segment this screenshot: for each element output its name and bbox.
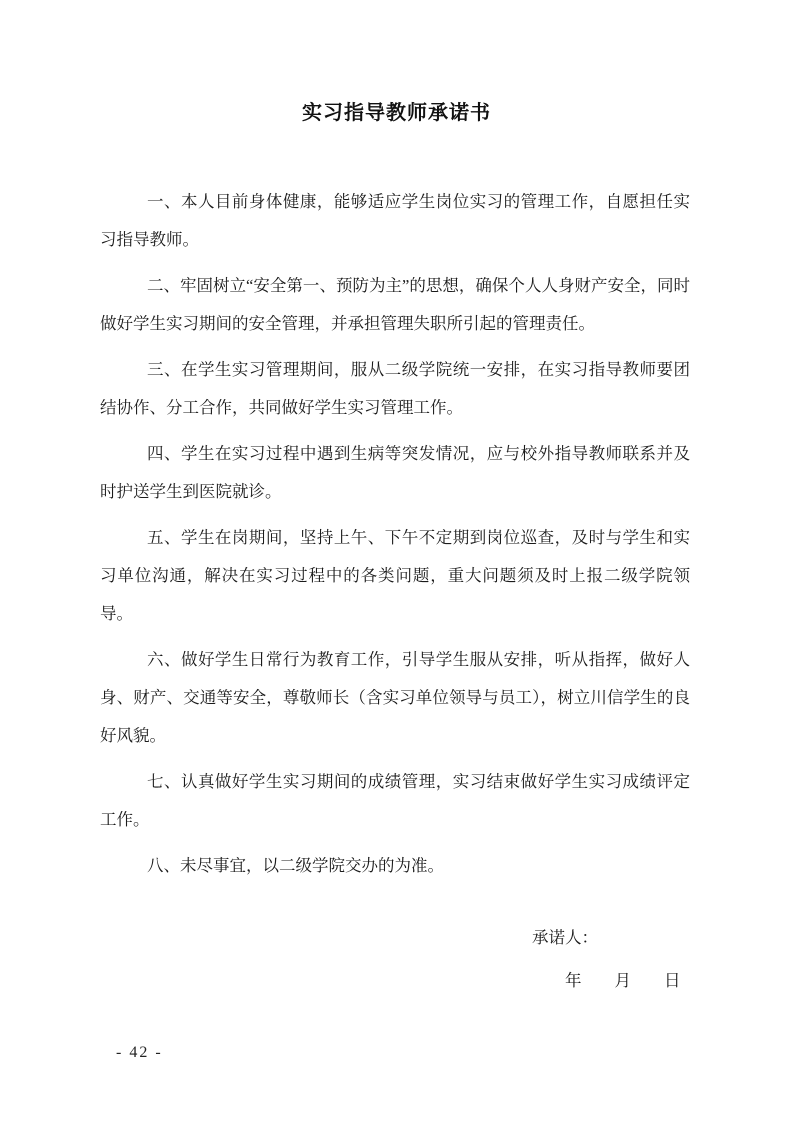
document-body: 一、本人目前身体健康，能够适应学生岗位实习的管理工作，自愿担任实习指导教师。 二… [100,183,690,1000]
paragraph-4: 四、学生在实习过程中遇到生病等突发情况，应与校外指导教师联系并及时护送学生到医院… [100,435,690,511]
promiser-label: 承诺人： [100,919,690,957]
paragraph-8: 八、未尽事宜，以二级学院交办的为准。 [100,847,690,885]
paragraph-1: 一、本人目前身体健康，能够适应学生岗位实习的管理工作，自愿担任实习指导教师。 [100,183,690,259]
paragraph-6: 六、做好学生日常行为教育工作，引导学生服从安排，听从指挥，做好人身、财产、交通等… [100,641,690,755]
paragraph-2: 二、牢固树立“安全第一、预防为主”的思想，确保个人人身财产安全，同时做好学生实习… [100,267,690,343]
paragraph-5: 五、学生在岗期间，坚持上午、下午不定期到岗位巡查，及时与学生和实习单位沟通，解决… [100,519,690,633]
page-number: - 42 - [116,1043,163,1063]
date-line: 年 月 日 [100,962,690,1000]
paragraph-7: 七、认真做好学生实习期间的成绩管理，实习结束做好学生实习成绩评定工作。 [100,763,690,839]
signature-block: 承诺人： 年 月 日 [100,919,690,1000]
document-page: 实习指导教师承诺书 一、本人目前身体健康，能够适应学生岗位实习的管理工作，自愿担… [0,0,793,1122]
paragraph-3: 三、在学生实习管理期间，服从二级学院统一安排，在实习指导教师要团结协作、分工合作… [100,351,690,427]
page-title: 实习指导教师承诺书 [0,0,793,127]
